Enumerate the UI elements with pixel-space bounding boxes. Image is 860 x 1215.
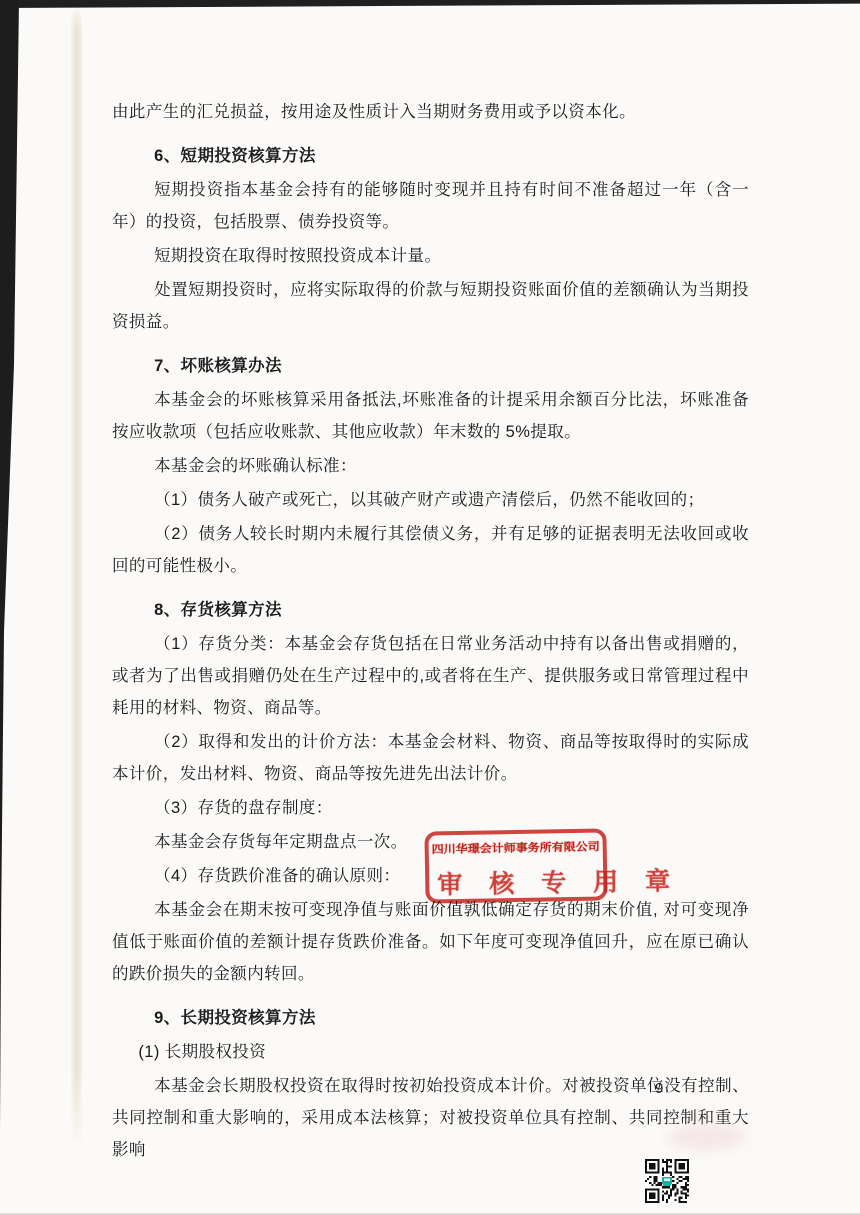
stamp-company-name: 四川华璟会计师事务所有限公司 xyxy=(429,838,603,857)
section-heading: 7、坏账核算办法 xyxy=(112,350,749,382)
section-heading: 9、长期投资核算方法 xyxy=(112,1002,749,1034)
paragraph: 本基金会的坏账核算采用备抵法,坏账准备的计提采用余额百分比法，坏账准备按应收款项… xyxy=(112,384,749,448)
audit-stamp: 四川华璟会计师事务所有限公司 审 核 专 用 章 xyxy=(424,828,607,903)
scanned-page: 由此产生的汇兑损益，按用途及性质计入当期财务费用或予以资本化。6、短期投资核算方… xyxy=(0,0,860,1215)
paragraph: 短期投资在取得时按照投资成本计量。 xyxy=(112,240,749,272)
qr-code-icon xyxy=(645,1159,689,1203)
paragraph: （3）存货的盘存制度： xyxy=(112,792,749,824)
paragraph: 短期投资指本基金会持有的能够随时变现并且持有时间不准备超过一年（含一年）的投资，… xyxy=(112,174,749,238)
paragraph: （1）债务人破产或死亡，以其破产财产或遗产清偿后，仍然不能收回的； xyxy=(112,484,749,516)
scan-edge-left xyxy=(0,0,20,1215)
ink-smudge xyxy=(668,1124,746,1150)
page-edge-fold xyxy=(71,6,83,1148)
scan-edge-top xyxy=(0,0,860,8)
paragraph: 由此产生的汇兑损益，按用途及性质计入当期财务费用或予以资本化。 xyxy=(112,96,749,128)
paragraph: （2）取得和发出的计价方法：本基金会材料、物资、商品等按取得时的实际成本计价，发… xyxy=(112,726,749,790)
paragraph: （1）存货分类：本基金会存货包括在日常业务活动中持有以备出售或捐赠的，或者为了出… xyxy=(112,628,749,724)
paragraph: 处置短期投资时，应将实际取得的价款与短期投资账面价值的差额确认为当期投资损益。 xyxy=(112,274,749,338)
document-body: 由此产生的汇兑损益，按用途及性质计入当期财务费用或予以资本化。6、短期投资核算方… xyxy=(112,94,749,1168)
paragraph: 本基金会的坏账确认标准： xyxy=(112,450,749,482)
paragraph: 本基金会在期末按可变现净值与账面价值孰低确定存货的期末价值, 对可变现净值低于账… xyxy=(112,894,749,990)
paragraph: （2）债务人较长时期内未履行其偿债义务，并有足够的证据表明无法收回或收回的可能性… xyxy=(112,518,749,582)
paragraph: (1) 长期股权投资 xyxy=(112,1036,749,1068)
paragraph: 本基金会长期股权投资在取得时按初始投资成本计价。对被投资单位没有控制、共同控制和… xyxy=(112,1070,749,1166)
stamp-title: 审 核 专 用 章 xyxy=(429,862,604,901)
page-number: 9 xyxy=(655,1080,679,1097)
section-heading: 6、短期投资核算方法 xyxy=(112,140,749,172)
section-heading: 8、存货核算方法 xyxy=(112,594,749,626)
